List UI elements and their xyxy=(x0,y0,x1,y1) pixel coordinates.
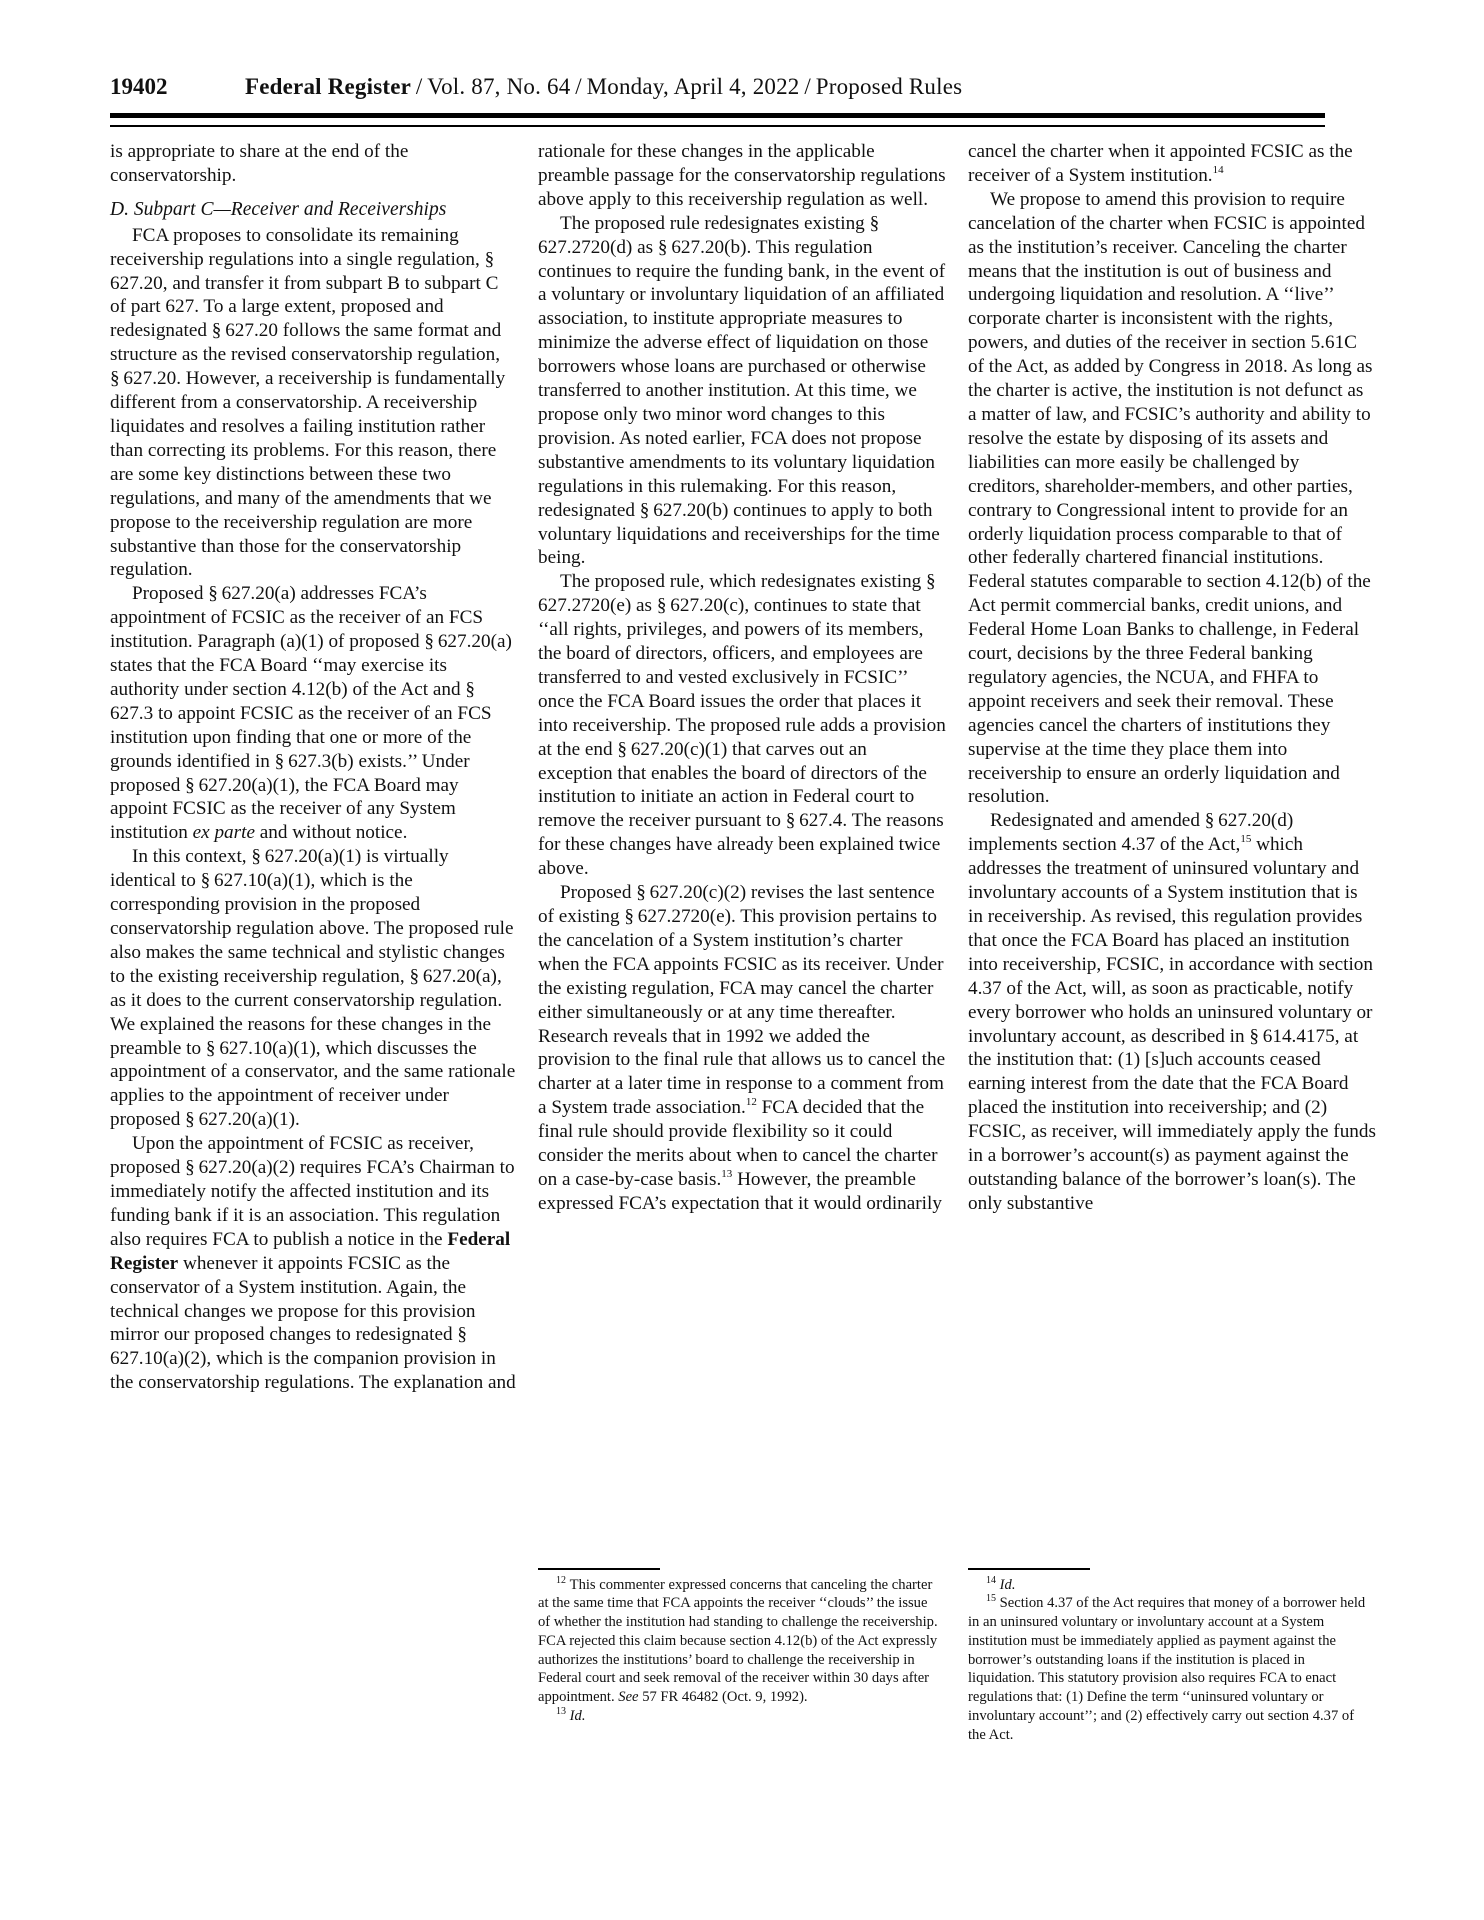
column-2: rationale for these changes in the appli… xyxy=(538,140,946,1216)
paragraph: Proposed § 627.20(c)(2) revises the last… xyxy=(538,881,946,1216)
publication-date: Monday, April 4, 2022 xyxy=(587,74,800,99)
publication-name: Federal Register xyxy=(245,74,411,99)
page-number: 19402 xyxy=(110,74,168,100)
paragraph: cancel the charter when it appointed FCS… xyxy=(968,140,1376,188)
paragraph: FCA proposes to consolidate its remainin… xyxy=(110,224,518,583)
italic-term: ex parte xyxy=(193,822,255,843)
paragraph: The proposed rule, which redesignates ex… xyxy=(538,570,946,881)
header-rule-thin xyxy=(110,125,1325,127)
paragraph: The proposed rule redesignates existing … xyxy=(538,212,946,571)
paragraph: Redesignated and amended § 627.20(d) imp… xyxy=(968,809,1376,1215)
footnotes-column-3: 14 Id. 15 Section 4.37 of the Act requir… xyxy=(968,1568,1373,1745)
paragraph: Proposed § 627.20(a) addresses FCA’s app… xyxy=(110,582,518,845)
column-3: cancel the charter when it appointed FCS… xyxy=(968,140,1376,1216)
paragraph: Upon the appointment of FCSIC as receive… xyxy=(110,1132,518,1395)
footnote-14: 14 Id. xyxy=(968,1576,1373,1595)
footnote-divider xyxy=(538,1568,660,1570)
document-section: Proposed Rules xyxy=(816,74,963,99)
footnote-divider xyxy=(968,1568,1090,1570)
footnote-12: 12 This commenter expressed concerns tha… xyxy=(538,1576,943,1708)
header-rule-thick xyxy=(110,113,1325,118)
paragraph: rationale for these changes in the appli… xyxy=(538,140,946,212)
running-head-text: Federal Register / Vol. 87, No. 64 / Mon… xyxy=(245,74,962,100)
running-header: 19402 Federal Register / Vol. 87, No. 64… xyxy=(110,74,1325,104)
footnote-15: 15 Section 4.37 of the Act requires that… xyxy=(968,1594,1373,1744)
paragraph: is appropriate to share at the end of th… xyxy=(110,140,518,188)
volume-number: Vol. 87, No. 64 xyxy=(427,74,570,99)
section-heading: D. Subpart C—Receiver and Receiverships xyxy=(110,198,518,222)
footnotes-column-2: 12 This commenter expressed concerns tha… xyxy=(538,1568,943,1726)
column-1: is appropriate to share at the end of th… xyxy=(110,140,518,1395)
footnote-ref-13[interactable]: 13 xyxy=(721,1168,732,1180)
footnote-ref-12[interactable]: 12 xyxy=(746,1096,757,1108)
paragraph: In this context, § 627.20(a)(1) is virtu… xyxy=(110,845,518,1132)
footnote-13: 13 Id. xyxy=(538,1707,943,1726)
footnote-ref-14[interactable]: 14 xyxy=(1213,164,1224,176)
paragraph: We propose to amend this provision to re… xyxy=(968,188,1376,810)
footnote-ref-15[interactable]: 15 xyxy=(1240,833,1251,845)
